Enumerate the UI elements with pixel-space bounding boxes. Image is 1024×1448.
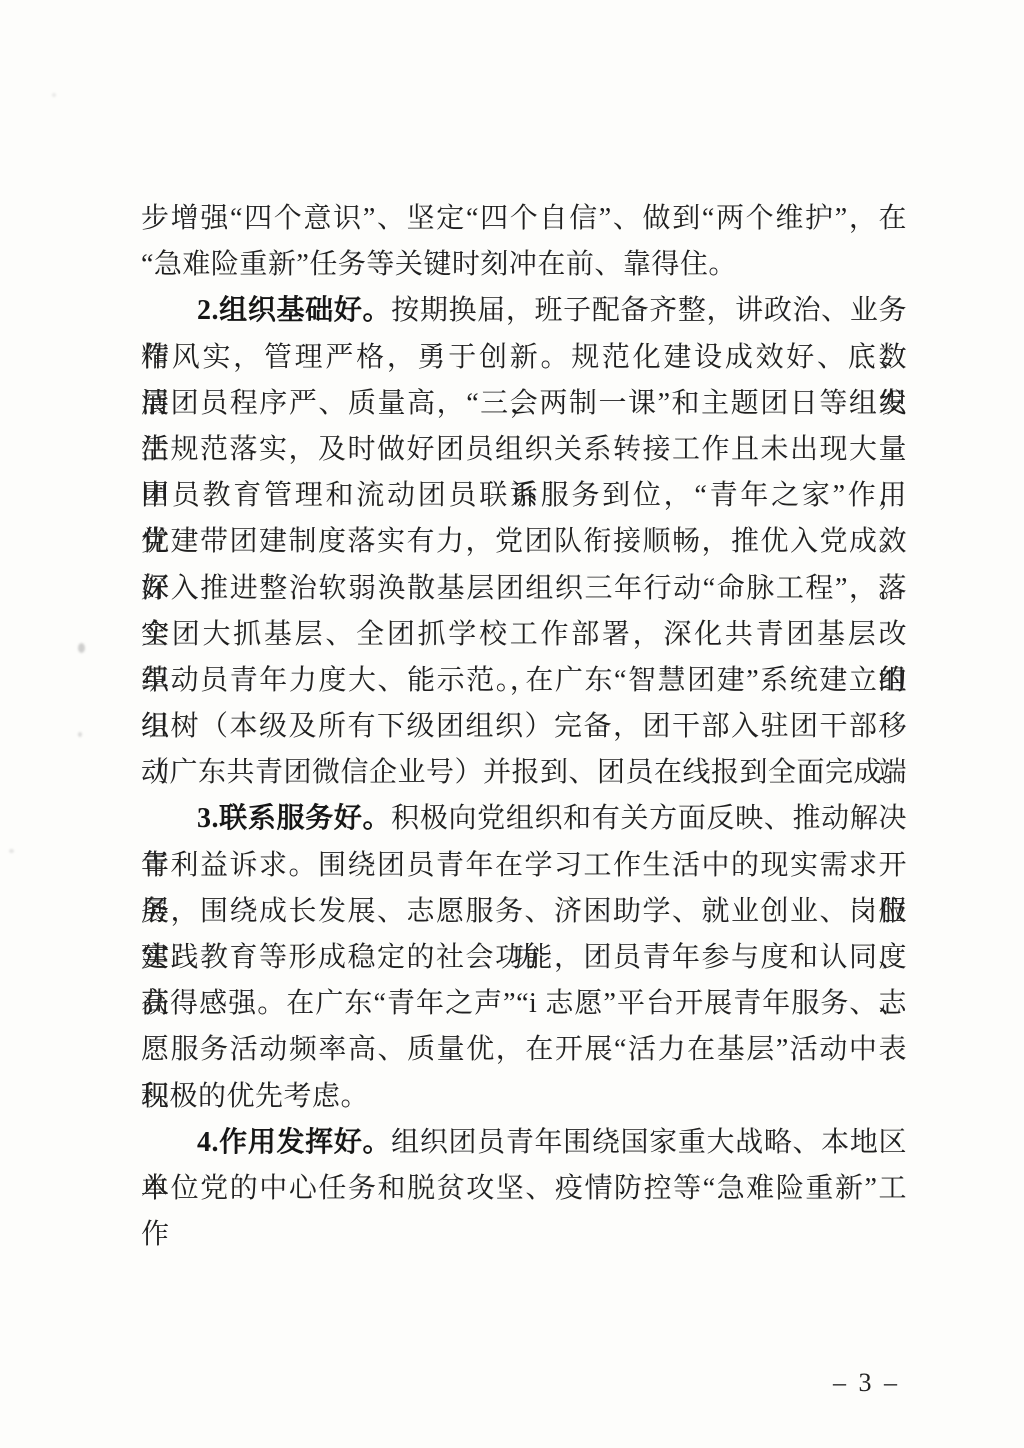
text-line: 积极的优先考虑。	[141, 1074, 907, 1120]
page-number: – 3 –	[833, 1368, 900, 1398]
text-line: 党建带团建制度落实有力，党团队衔接顺畅，推优入党成效好。	[141, 519, 907, 565]
text-line: 获得感强。在广东“青年之声”“i 志愿”平台开展青年服务、志	[141, 981, 907, 1027]
text-line: 年利益诉求。围绕团员青年在学习工作生活中的现实需求开展服	[141, 843, 907, 889]
paragraph-heading: 4.作用发挥好。	[197, 1127, 391, 1158]
text-line: 全团大抓基层、全团抓学校工作部署，深化共青团基层改革，组	[141, 612, 907, 658]
text-line: 实践教育等形成稳定的社会功能，团员青年参与度和认同度高、	[141, 935, 907, 981]
text-line: 务，围绕成长发展、志愿服务、济困助学、就业创业、岗位建功、	[141, 889, 907, 935]
text-line: 步增强“四个意识”、坚定“四个自信”、做到“两个维护”，在	[141, 196, 907, 242]
scan-speck	[78, 643, 85, 653]
text-line: （广东共青团微信企业号）并报到、团员在线报到全面完成。	[141, 750, 907, 796]
text-line: “急难险重新”任务等关键时刻冲在前、靠得住。	[141, 242, 907, 288]
text-line: 单位党的中心任务和脱贫攻坚、疫情防控等“急难险重新”工作	[141, 1166, 907, 1212]
paragraph-heading: 3.联系服务好。	[197, 803, 391, 834]
text-line: 深入推进整治软弱涣散基层团组织三年行动“命脉工程”，落实	[141, 566, 907, 612]
text-line: 2.组织基础好。按期换届，班子配备齐整，讲政治、业务精、	[141, 288, 907, 334]
line-text: 步增强“四个意识”、坚定“四个自信”、做到“两个维护”，在	[141, 203, 907, 234]
line-text: “急难险重新”任务等关键时刻冲在前、靠得住。	[141, 249, 737, 280]
text-line: 3.联系服务好。积极向党组织和有关方面反映、推动解决青	[141, 796, 907, 842]
text-line: 作风实，管理严格，勇于创新。规范化建设成效好、底数清，发	[141, 335, 907, 381]
line-text: 获得感强。在广东“青年之声”“i 志愿”平台开展青年服务、志	[141, 988, 907, 1019]
document-body: 步增强“四个意识”、坚定“四个自信”、做到“两个维护”，在“急难险重新”任务等关…	[141, 196, 907, 1212]
text-line: 织动员青年力度大、能示范。在广东“智慧团建”系统建立的组	[141, 658, 907, 704]
scan-speck	[9, 849, 14, 853]
text-line: 展团员程序严、质量高，“三会两制一课”和主题团日等组织生	[141, 381, 907, 427]
line-text: 单位党的中心任务和脱贫攻坚、疫情防控等“急难险重新”工作	[141, 1173, 907, 1250]
line-text: 积极的优先考虑。	[141, 1081, 369, 1112]
text-line: 愿服务活动频率高、质量优，在开展“活力在基层”活动中表现	[141, 1027, 907, 1073]
text-line: 团员教育管理和流动团员联系服务到位，“青年之家”作用优。	[141, 473, 907, 519]
scan-speck	[78, 732, 82, 737]
paragraph-heading: 2.组织基础好。	[197, 295, 391, 326]
line-text: （广东共青团微信企业号）并报到、团员在线报到全面完成。	[141, 757, 911, 788]
document-page: 步增强“四个意识”、坚定“四个自信”、做到“两个维护”，在“急难险重新”任务等关…	[0, 0, 1024, 1448]
text-line: 4.作用发挥好。组织团员青年围绕国家重大战略、本地区本	[141, 1120, 907, 1166]
scan-speck	[52, 93, 56, 97]
text-line: 活规范落实，及时做好团员组织关系转接工作且未出现大量申诉，	[141, 427, 907, 473]
text-line: 织树（本级及所有下级团组织）完备，团干部入驻团干部移动端	[141, 704, 907, 750]
